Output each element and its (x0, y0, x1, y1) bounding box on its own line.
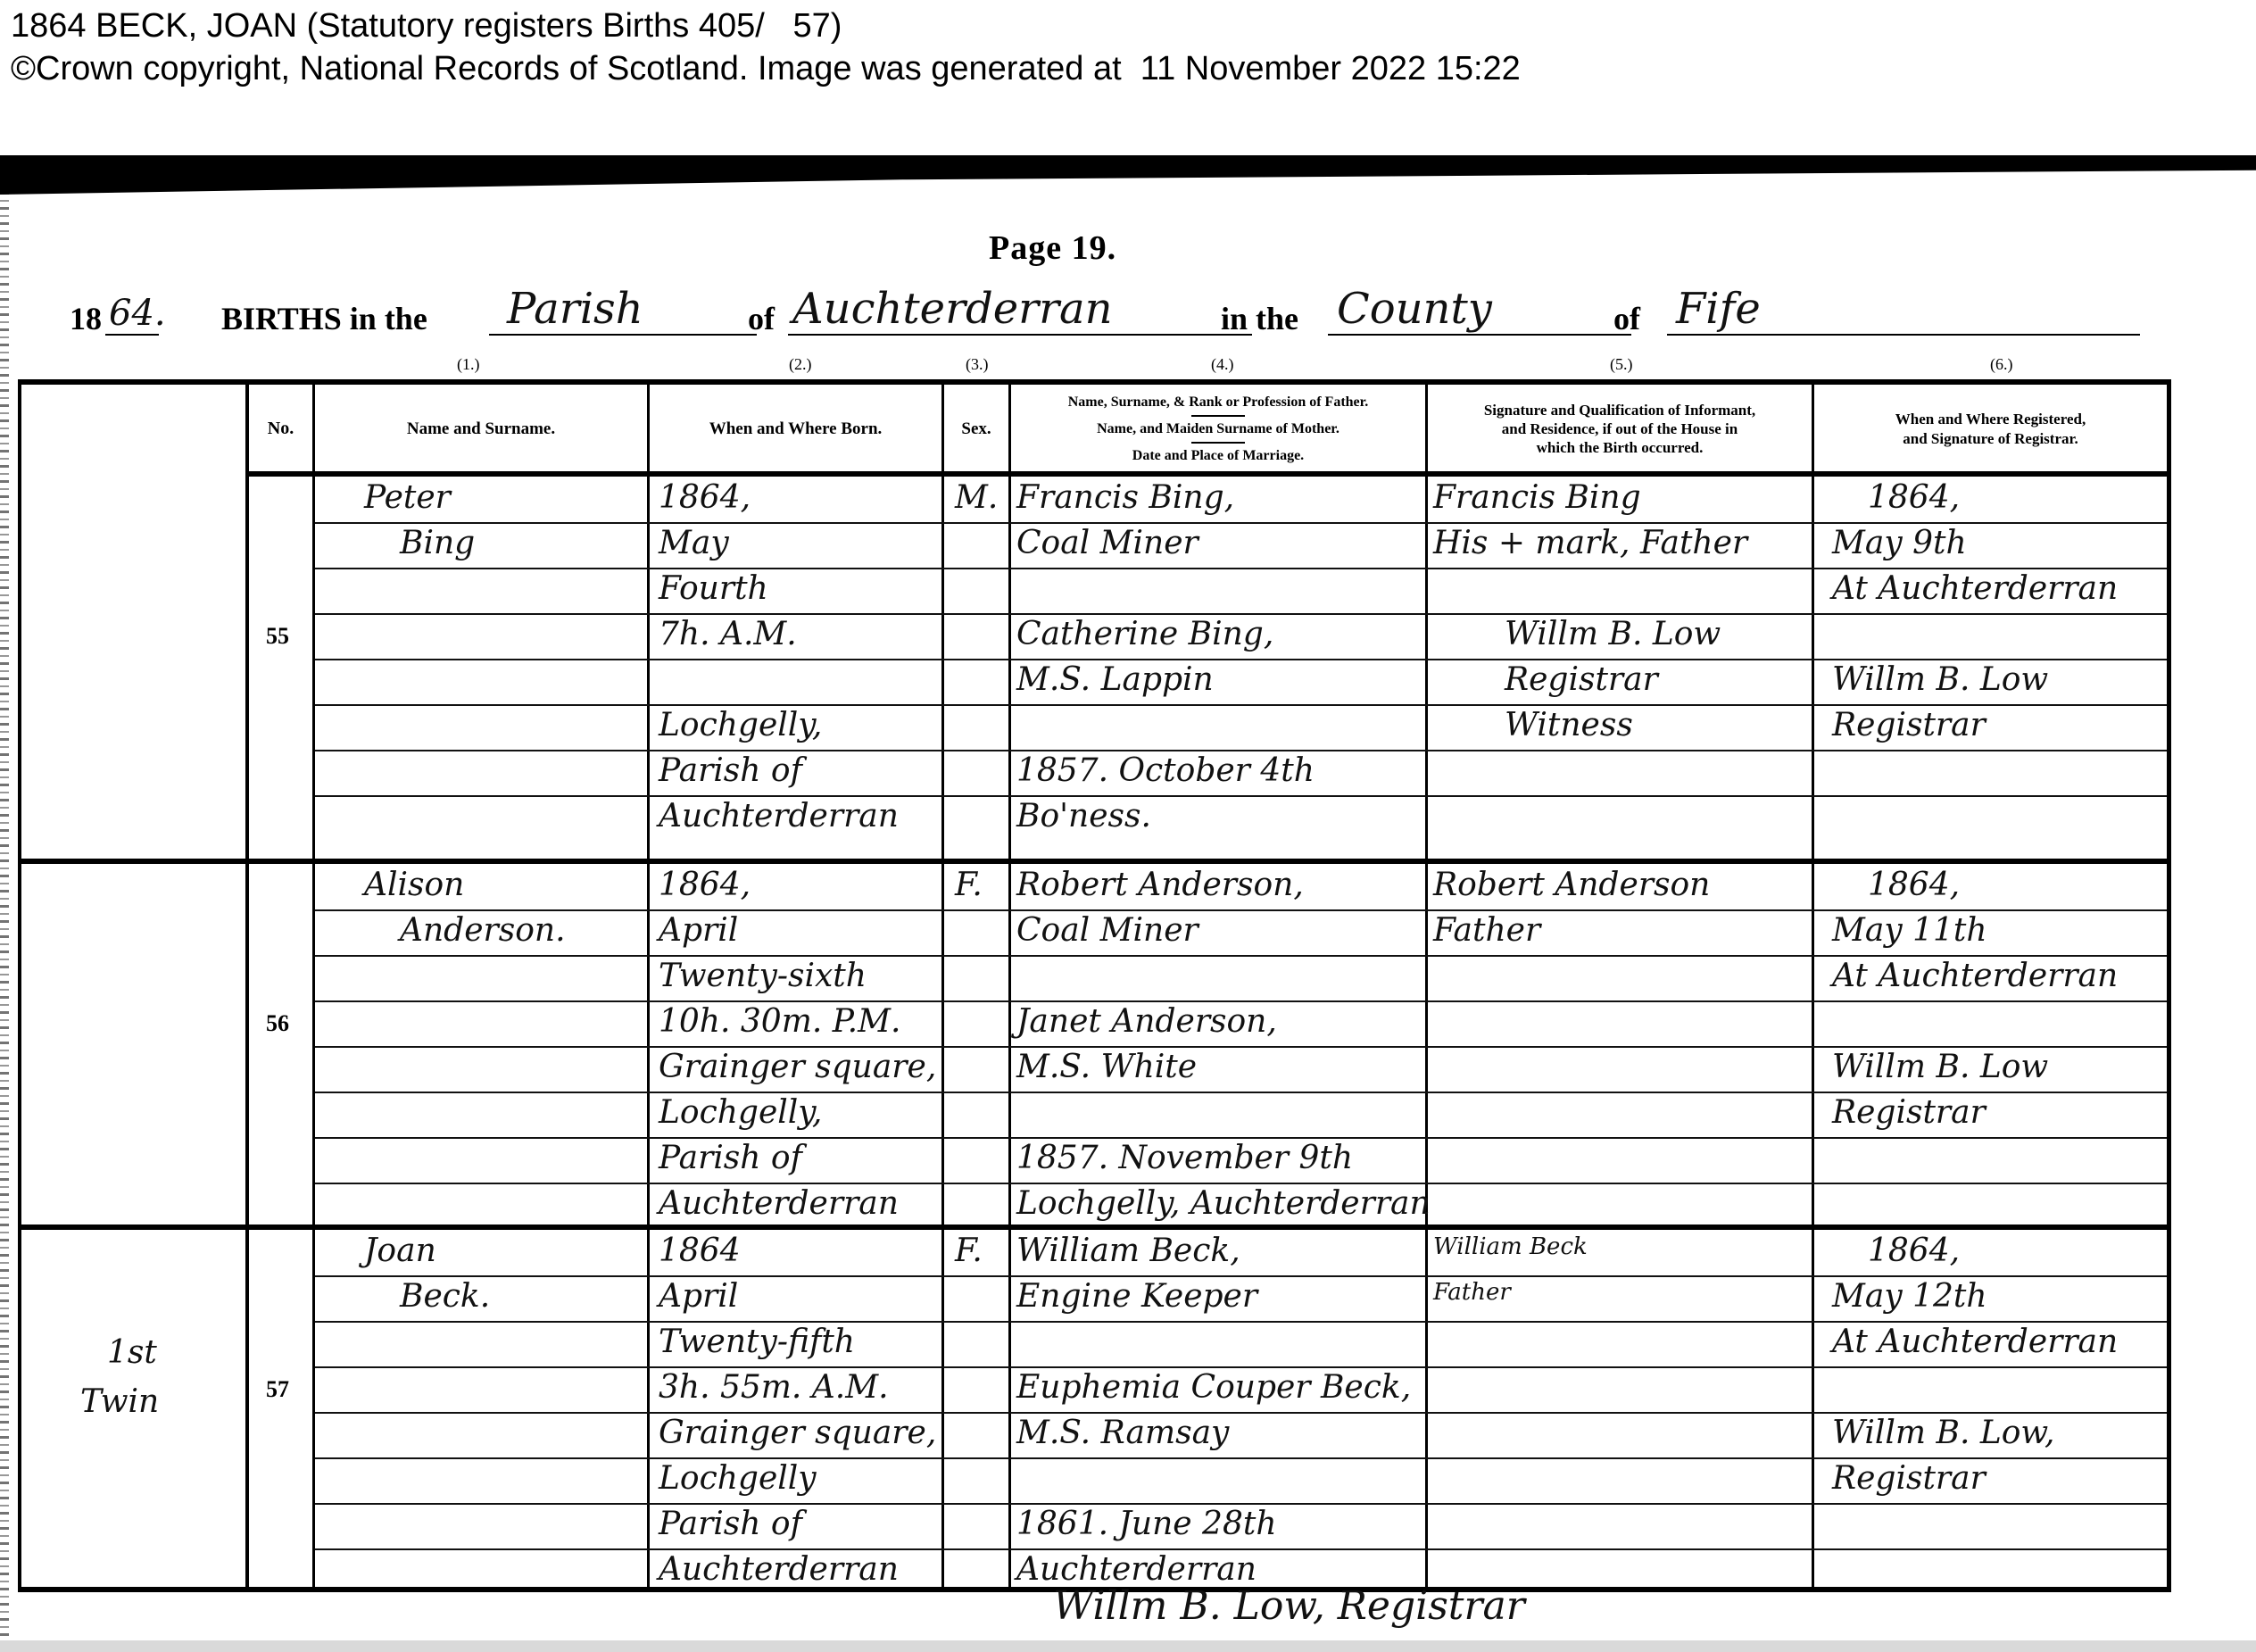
ruled-line (315, 1366, 2167, 1368)
header-parents-marriage: Date and Place of Marriage. (1132, 447, 1304, 465)
header-registered-line1: When and Where Registered, (1895, 410, 2086, 428)
page-number: Page 19. (989, 228, 1116, 268)
birth-detail: Parish of (659, 1142, 802, 1175)
informant-detail: Father (1433, 1281, 1511, 1304)
parents-detail: Euphemia Couper Beck, (1016, 1372, 1411, 1404)
register-title-row: 18 64. BIRTHS in the Parish of Auchterde… (70, 284, 2140, 343)
parents-detail: Engine Keeper (1016, 1281, 1257, 1313)
birth-detail: April (659, 915, 738, 947)
ruled-line (315, 1137, 2167, 1139)
birth-detail: Auchterderran (659, 1554, 899, 1586)
registration-detail: Willm B. Low, (1832, 1417, 2054, 1449)
child-name: Beck. (400, 1281, 490, 1313)
ruled-line (315, 1412, 2167, 1414)
registration-detail: At Auchterderran (1832, 960, 2118, 992)
scan-top-edge (0, 155, 2256, 195)
ruled-line (315, 795, 2167, 797)
birth-detail: Lochgelly (659, 1463, 817, 1495)
ruled-line (315, 1503, 2167, 1505)
registration-detail: 1864, (1868, 1235, 1960, 1267)
of-label-2: of (1613, 300, 1640, 337)
column-number-2: (2.) (789, 355, 812, 374)
header-informant-line2: and Residence, if out of the House in (1502, 419, 1738, 438)
parents-detail: William Beck, (1016, 1235, 1240, 1267)
entry-number: 57 (266, 1376, 289, 1403)
registration-detail: Willm B. Low (1832, 1051, 2048, 1083)
ruled-line (315, 1092, 2167, 1093)
ruled-line (315, 704, 2167, 706)
parents-detail: 1857. October 4th (1016, 755, 1315, 787)
header-parents-mother: Name, and Maiden Surname of Mother. (1097, 420, 1339, 438)
of-label-1: of (748, 300, 775, 337)
header-parents: Name, Surname, & Rank or Profession of F… (1011, 386, 1425, 471)
birth-detail: April (659, 1281, 738, 1313)
ruled-line (315, 909, 2167, 911)
in-the-label: in the (1221, 300, 1298, 337)
county-type: County (1337, 284, 1492, 334)
ruled-line (315, 1548, 2167, 1550)
header-registered-line2: and Signature of Registrar. (1903, 429, 2078, 448)
ruled-line (315, 568, 2167, 569)
ruled-line (315, 659, 2167, 660)
parents-detail: Francis Bing, (1016, 482, 1234, 514)
header-informant-line3: which the Birth occurred. (1537, 438, 1704, 457)
county-name: Fife (1676, 284, 1761, 334)
birth-detail: Parish of (659, 755, 802, 787)
registration-detail: At Auchterderran (1832, 573, 2118, 605)
parents-detail: Auchterderran (1016, 1554, 1257, 1586)
sex: F. (955, 1235, 983, 1267)
informant-detail: Robert Anderson (1433, 869, 1710, 901)
parents-detail: Lochgelly, Auchterderran (1016, 1188, 1431, 1220)
sex: F. (955, 869, 983, 901)
header-informant: Signature and Qualification of Informant… (1428, 386, 1812, 471)
informant-detail: Registrar (1505, 664, 1658, 696)
informant-detail: His + mark, Father (1433, 527, 1747, 560)
parents-detail: M.S. Lappin (1016, 664, 1214, 696)
birth-detail: Auchterderran (659, 1188, 899, 1220)
parents-detail: 1861. June 28th (1016, 1508, 1277, 1540)
birth-detail: Grainger square, (659, 1417, 936, 1449)
ruled-line (315, 750, 2167, 751)
header-informant-line1: Signature and Qualification of Informant… (1484, 401, 1755, 419)
sex: M. (955, 482, 998, 514)
scan-bottom-strip (0, 1640, 2256, 1652)
scan-left-edge (0, 192, 9, 1638)
births-label: BIRTHS in the (221, 300, 427, 337)
registration-detail: 1864, (1868, 482, 1960, 514)
header-registered: When and Where Registered, and Signature… (1814, 386, 2167, 471)
registrar-signature: Willm B. Low, Registrar (1053, 1587, 1525, 1626)
district-name: Auchterderran (792, 284, 1113, 334)
column-number-1: (1.) (457, 355, 480, 374)
birth-detail: May (659, 527, 729, 560)
birth-detail: Lochgelly, (659, 710, 822, 742)
registration-detail: May 12th (1832, 1281, 1987, 1313)
birth-detail: 3h. 55m. A.M. (659, 1372, 889, 1404)
birth-detail: Fourth (659, 573, 768, 605)
registration-detail: At Auchterderran (1832, 1326, 2118, 1358)
registration-detail: May 9th (1832, 527, 1967, 560)
informant-detail: Francis Bing (1433, 482, 1641, 514)
parents-detail: Catherine Bing, (1016, 618, 1273, 651)
child-name: Bing (400, 527, 475, 560)
informant-detail: Witness (1505, 710, 1633, 742)
parents-detail: Coal Miner (1016, 527, 1198, 560)
birth-detail: 1864, (659, 482, 751, 514)
parents-detail: Coal Miner (1016, 915, 1198, 947)
ruled-line (315, 1000, 2167, 1002)
child-name: Anderson. (400, 915, 566, 947)
header-sex: Sex. (944, 386, 1008, 471)
parents-detail: Janet Anderson, (1016, 1006, 1277, 1038)
registration-detail: Registrar (1832, 710, 1986, 742)
column-number-3: (3.) (966, 355, 989, 374)
birth-detail: 10h. 30m. P.M. (659, 1006, 900, 1038)
birth-detail: 1864 (659, 1235, 741, 1267)
ruled-line (315, 1046, 2167, 1048)
birth-detail: Twenty-sixth (659, 960, 867, 992)
year-suffix: 64. (109, 293, 166, 334)
entry-number: 55 (266, 623, 289, 650)
birth-detail: Lochgelly, (659, 1097, 822, 1129)
parents-detail: 1857. November 9th (1016, 1142, 1353, 1175)
ruled-line (315, 1183, 2167, 1184)
registration-detail: Registrar (1832, 1097, 1986, 1129)
header-parents-father: Name, Surname, & Rank or Profession of F… (1068, 394, 1369, 411)
ruled-line (315, 1457, 2167, 1459)
parents-detail: Robert Anderson, (1016, 869, 1304, 901)
margin-note: 1st (107, 1337, 157, 1369)
registration-detail: 1864, (1868, 869, 1960, 901)
district-type: Parish (507, 284, 643, 334)
header-name: Name and Surname. (315, 386, 647, 471)
child-name: Peter (364, 482, 451, 514)
ruled-line (315, 1321, 2167, 1323)
ruled-line (315, 522, 2167, 524)
ruled-line (315, 613, 2167, 615)
parents-detail: Bo'ness. (1016, 801, 1151, 833)
birth-detail: 1864, (659, 869, 751, 901)
informant-detail: Willm B. Low (1505, 618, 1721, 651)
birth-detail: Grainger square, (659, 1051, 936, 1083)
birth-detail: Twenty-fifth (659, 1326, 855, 1358)
copyright-notice: ©Crown copyright, National Records of Sc… (11, 48, 1521, 89)
informant-detail: Father (1433, 915, 1540, 947)
child-name: Joan (364, 1235, 436, 1267)
column-number-4: (4.) (1211, 355, 1234, 374)
parents-detail: M.S. White (1016, 1051, 1197, 1083)
birth-detail: 7h. A.M. (659, 618, 797, 651)
informant-detail: William Beck (1433, 1235, 1588, 1258)
ruled-line (315, 1275, 2167, 1277)
column-number-5: (5.) (1610, 355, 1633, 374)
header-no: No. (249, 386, 312, 471)
margin-note: Twin (80, 1386, 159, 1418)
parents-detail: M.S. Ramsay (1016, 1417, 1229, 1449)
column-number-6: (6.) (1990, 355, 2013, 374)
year-prefix: 18 (70, 300, 102, 337)
registration-detail: Willm B. Low (1832, 664, 2048, 696)
ruled-line (315, 955, 2167, 957)
header-when-where-born: When and Where Born. (650, 386, 941, 471)
birth-detail: Parish of (659, 1508, 802, 1540)
child-name: Alison (364, 869, 464, 901)
registration-detail: Registrar (1832, 1463, 1986, 1495)
record-title: 1864 BECK, JOAN (Statutory registers Bir… (11, 5, 842, 46)
registration-detail: May 11th (1832, 915, 1987, 947)
birth-detail: Auchterderran (659, 801, 899, 833)
entry-number: 56 (266, 1010, 289, 1037)
